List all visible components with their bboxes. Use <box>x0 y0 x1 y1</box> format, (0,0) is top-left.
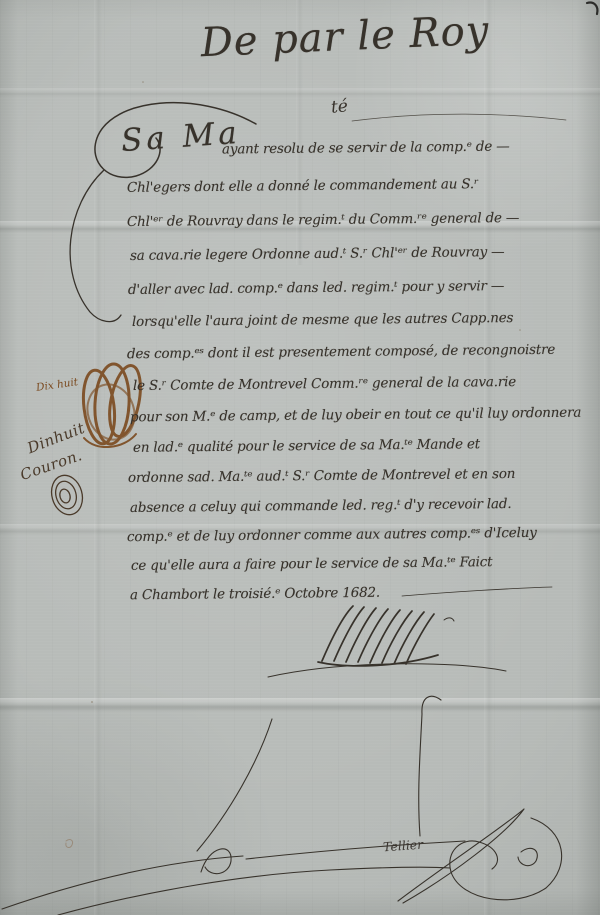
body-line-dateline: a Chambort le troisié.ᵉ Octobre 1682. <box>130 585 380 604</box>
body-line: des comp.ᵉˢ dont il est presentement com… <box>127 342 555 362</box>
superscript-flourish-line <box>352 114 566 121</box>
body-line: absence a celuy qui commande led. reg.ᵗ … <box>130 496 512 516</box>
superscript-abbreviation: té <box>330 96 349 117</box>
body-line: lorsqu'elle l'aura joint de mesme que le… <box>132 310 513 330</box>
spiral-scribble <box>47 472 87 519</box>
vertical-fold-crease <box>94 0 102 915</box>
paper-shadow <box>0 595 340 915</box>
body-line: ordonne sad. Ma.ᵗᵉ aud.ᵗ S.ʳ Comte de Mo… <box>128 466 515 486</box>
manuscript-page: De par le Roy té Sa Ma ayant resolu de s… <box>0 0 600 915</box>
brown-ink-scribble <box>80 363 146 447</box>
body-line: en lad.ᵉ qualité pour le service de sa M… <box>133 436 480 456</box>
countersignature: Tellier <box>383 837 424 855</box>
body-line: sa cava.rie legere Ordonne aud.ᵗ S.ʳ Chl… <box>130 244 505 264</box>
margin-note-couron: Couron. <box>18 446 85 484</box>
body-line: Chl'ᵉʳ de Rouvray dans le regim.ᵗ du Com… <box>127 210 519 230</box>
signature-underline <box>268 664 506 677</box>
paper-specks <box>66 81 521 847</box>
body-line: ayant resolu de se servir de la comp.ᵉ d… <box>222 138 510 157</box>
date-underline-flourish <box>402 587 552 596</box>
horizontal-fold-crease <box>0 698 600 712</box>
margin-note-small: Dix huit <box>35 376 78 394</box>
body-line: le S.ʳ Comte de Montrevel Comm.ʳᵉ genera… <box>133 374 516 394</box>
body-line: d'aller avec lad. comp.ᵉ dans led. regim… <box>128 278 504 298</box>
corner-mark <box>587 3 597 14</box>
body-line: pour son M.ᵉ de camp, et de luy obeir en… <box>130 405 581 426</box>
body-line: Chl'egers dont elle a donné le commandem… <box>127 176 479 196</box>
document-title: De par le Roy <box>179 7 511 67</box>
body-line: ce qu'elle aura a faire pour le service … <box>131 554 492 574</box>
horizontal-fold-crease <box>0 88 600 97</box>
royal-signature <box>268 606 506 677</box>
ink-flourish-overlay <box>0 0 600 915</box>
vertical-fold-crease <box>484 0 493 915</box>
secretary-paraph-flourish <box>2 696 562 915</box>
body-line: comp.ᵉ et de luy ordonner comme aux autr… <box>127 525 537 545</box>
